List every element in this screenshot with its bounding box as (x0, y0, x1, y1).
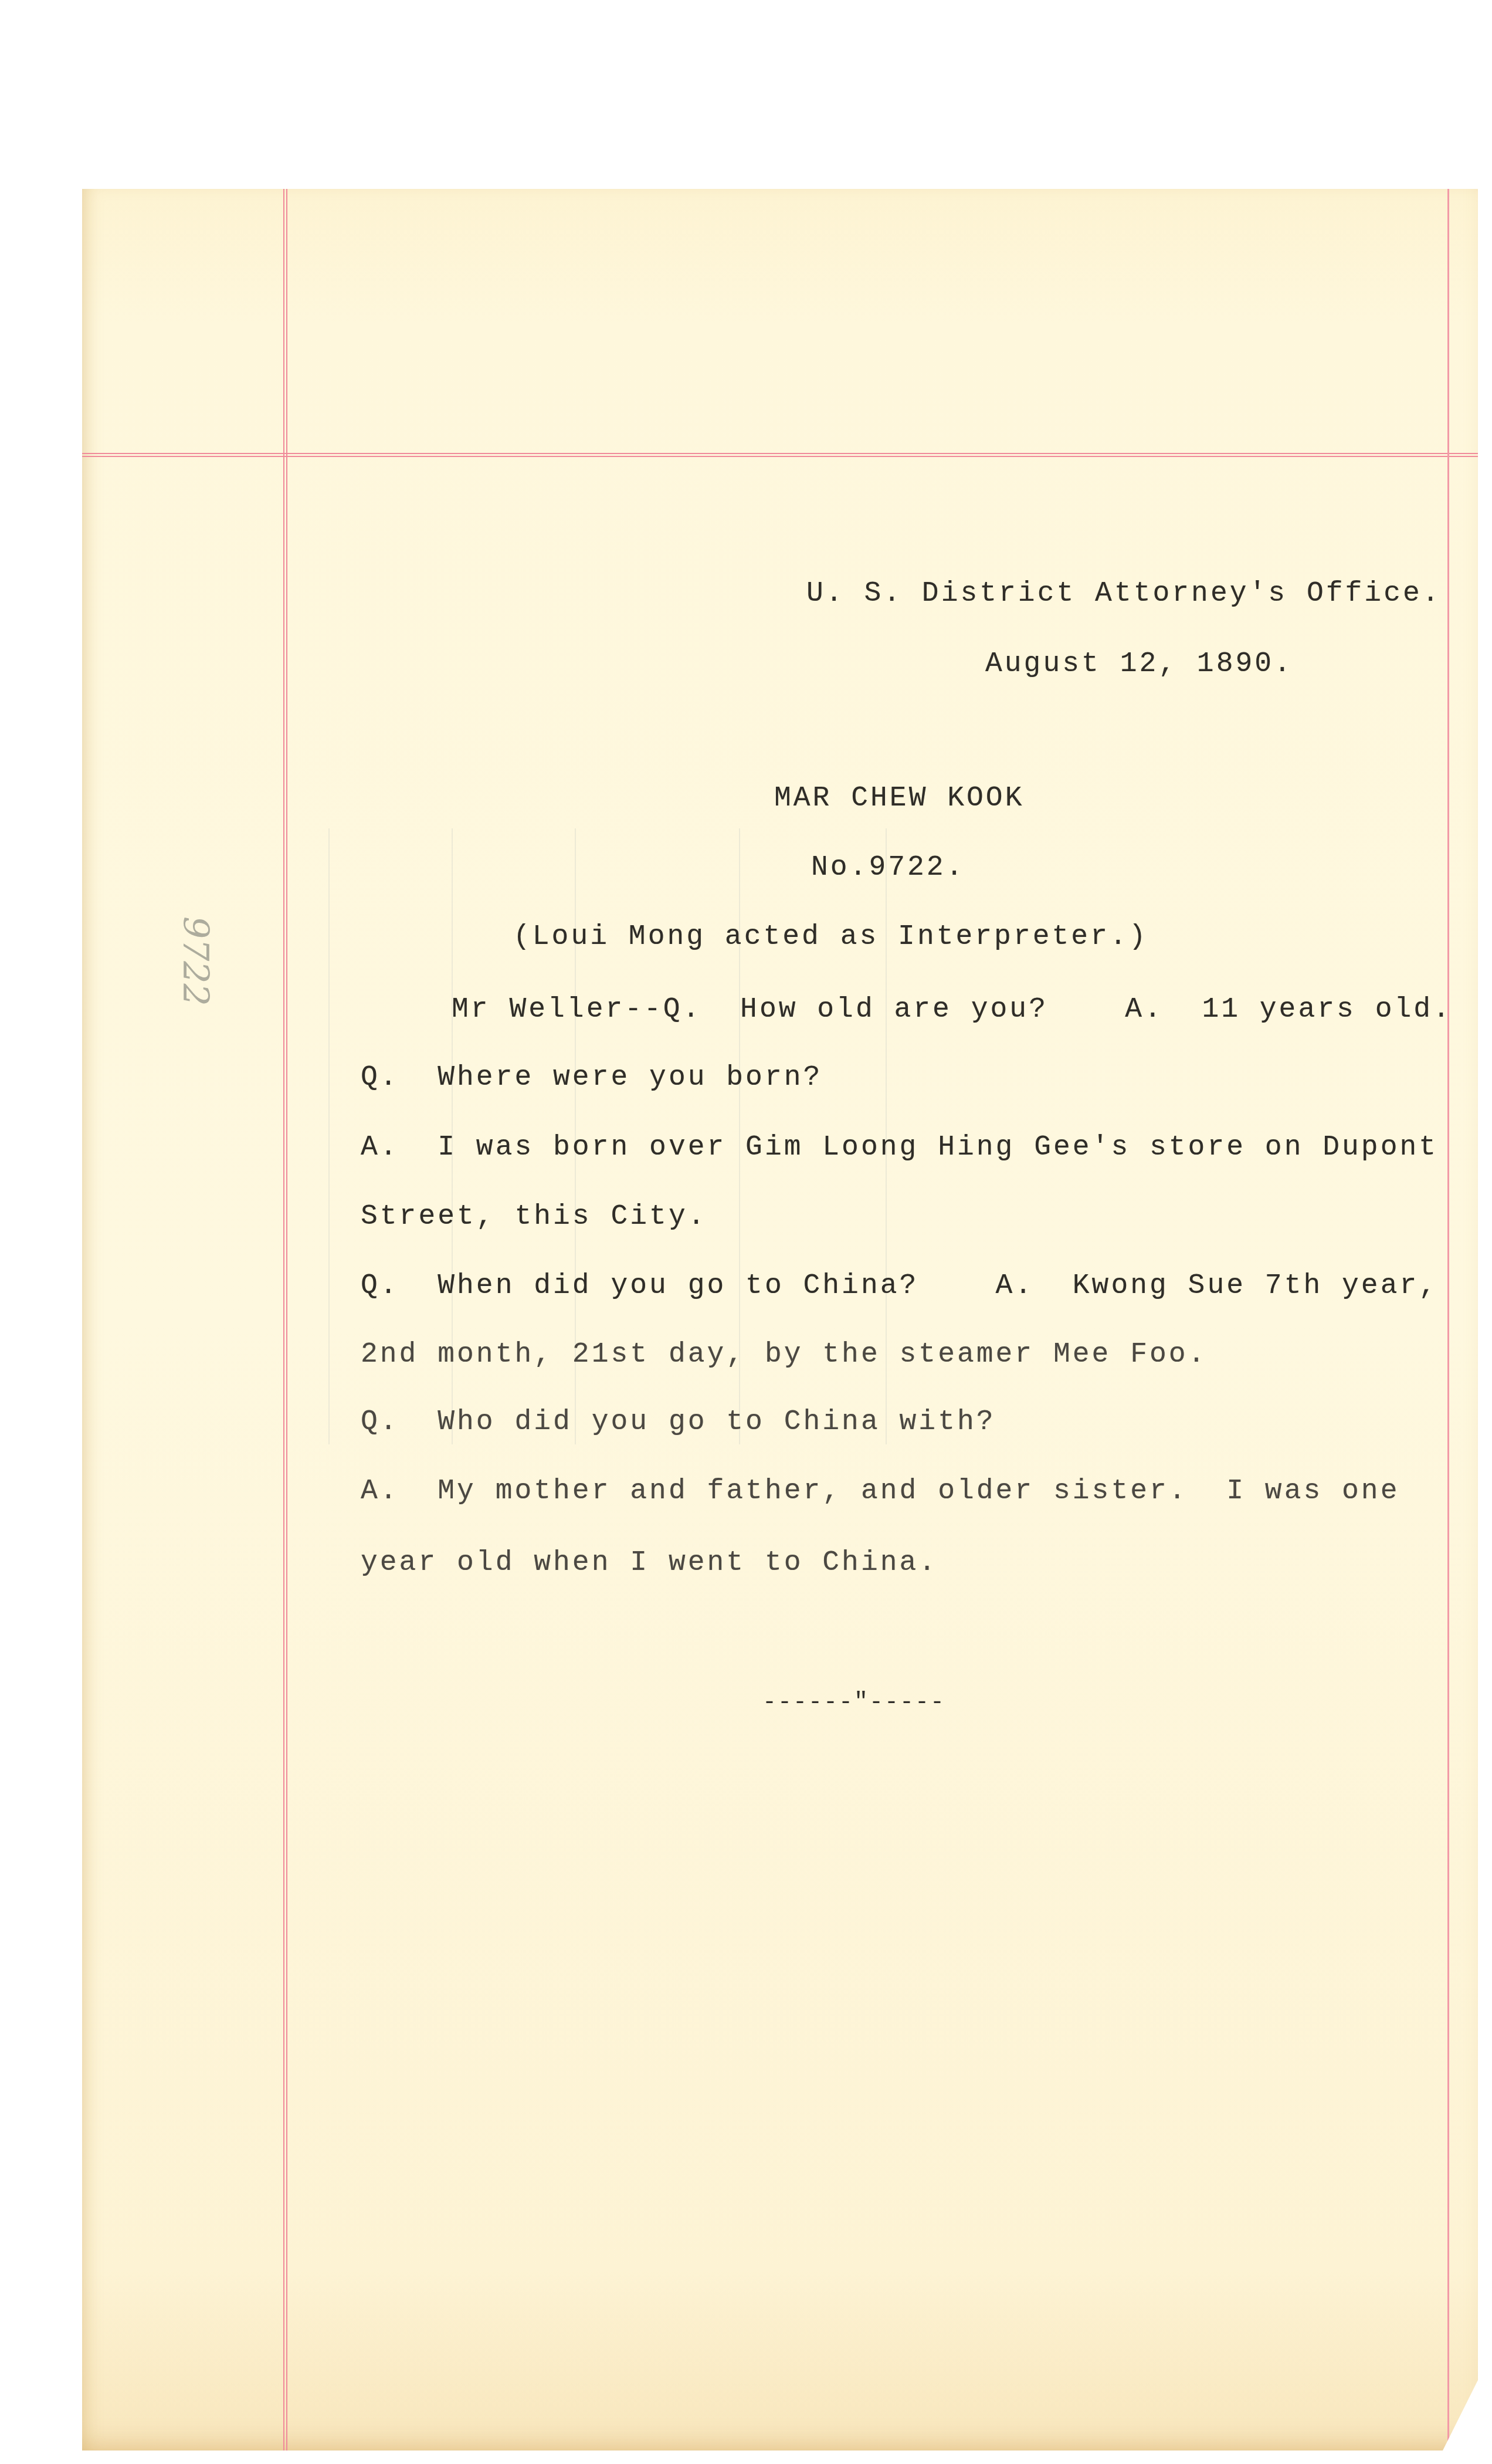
interpreter-note: (Loui Mong acted as Interpreter.) (513, 923, 1148, 951)
testimony-line: 2nd month, 21st day, by the steamer Mee … (361, 1341, 1207, 1369)
testimony-line: Q. When did you go to China? A. Kwong Su… (361, 1272, 1438, 1300)
folded-corner (1443, 2380, 1478, 2451)
document-page: 9722 (82, 189, 1478, 2451)
document-date: August 12, 1890. (985, 650, 1293, 678)
case-number: No.9722. (811, 854, 965, 882)
testimony-line: Street, this City. (361, 1203, 707, 1231)
end-divider: ------"----- (762, 1690, 945, 1716)
left-margin-rule (283, 189, 287, 2451)
office-header: U. S. District Attorney's Office. (806, 580, 1442, 608)
testimony-line: A. I was born over Gim Loong Hing Gee's … (361, 1133, 1438, 1162)
pencil-margin-note: 9722 (175, 916, 216, 1006)
case-name: MAR CHEW KOOK (774, 784, 1024, 813)
testimony-line: Q. Where were you born? (361, 1064, 822, 1092)
testimony-line: A. My mother and father, and older siste… (361, 1477, 1399, 1505)
testimony-line: Q. Who did you go to China with? (361, 1408, 996, 1436)
top-margin-rule (82, 453, 1478, 457)
right-margin-rule (1447, 189, 1449, 2451)
testimony-line: year old when I went to China. (361, 1549, 938, 1577)
testimony-line: Mr Weller--Q. How old are you? A. 11 yea… (452, 996, 1452, 1024)
